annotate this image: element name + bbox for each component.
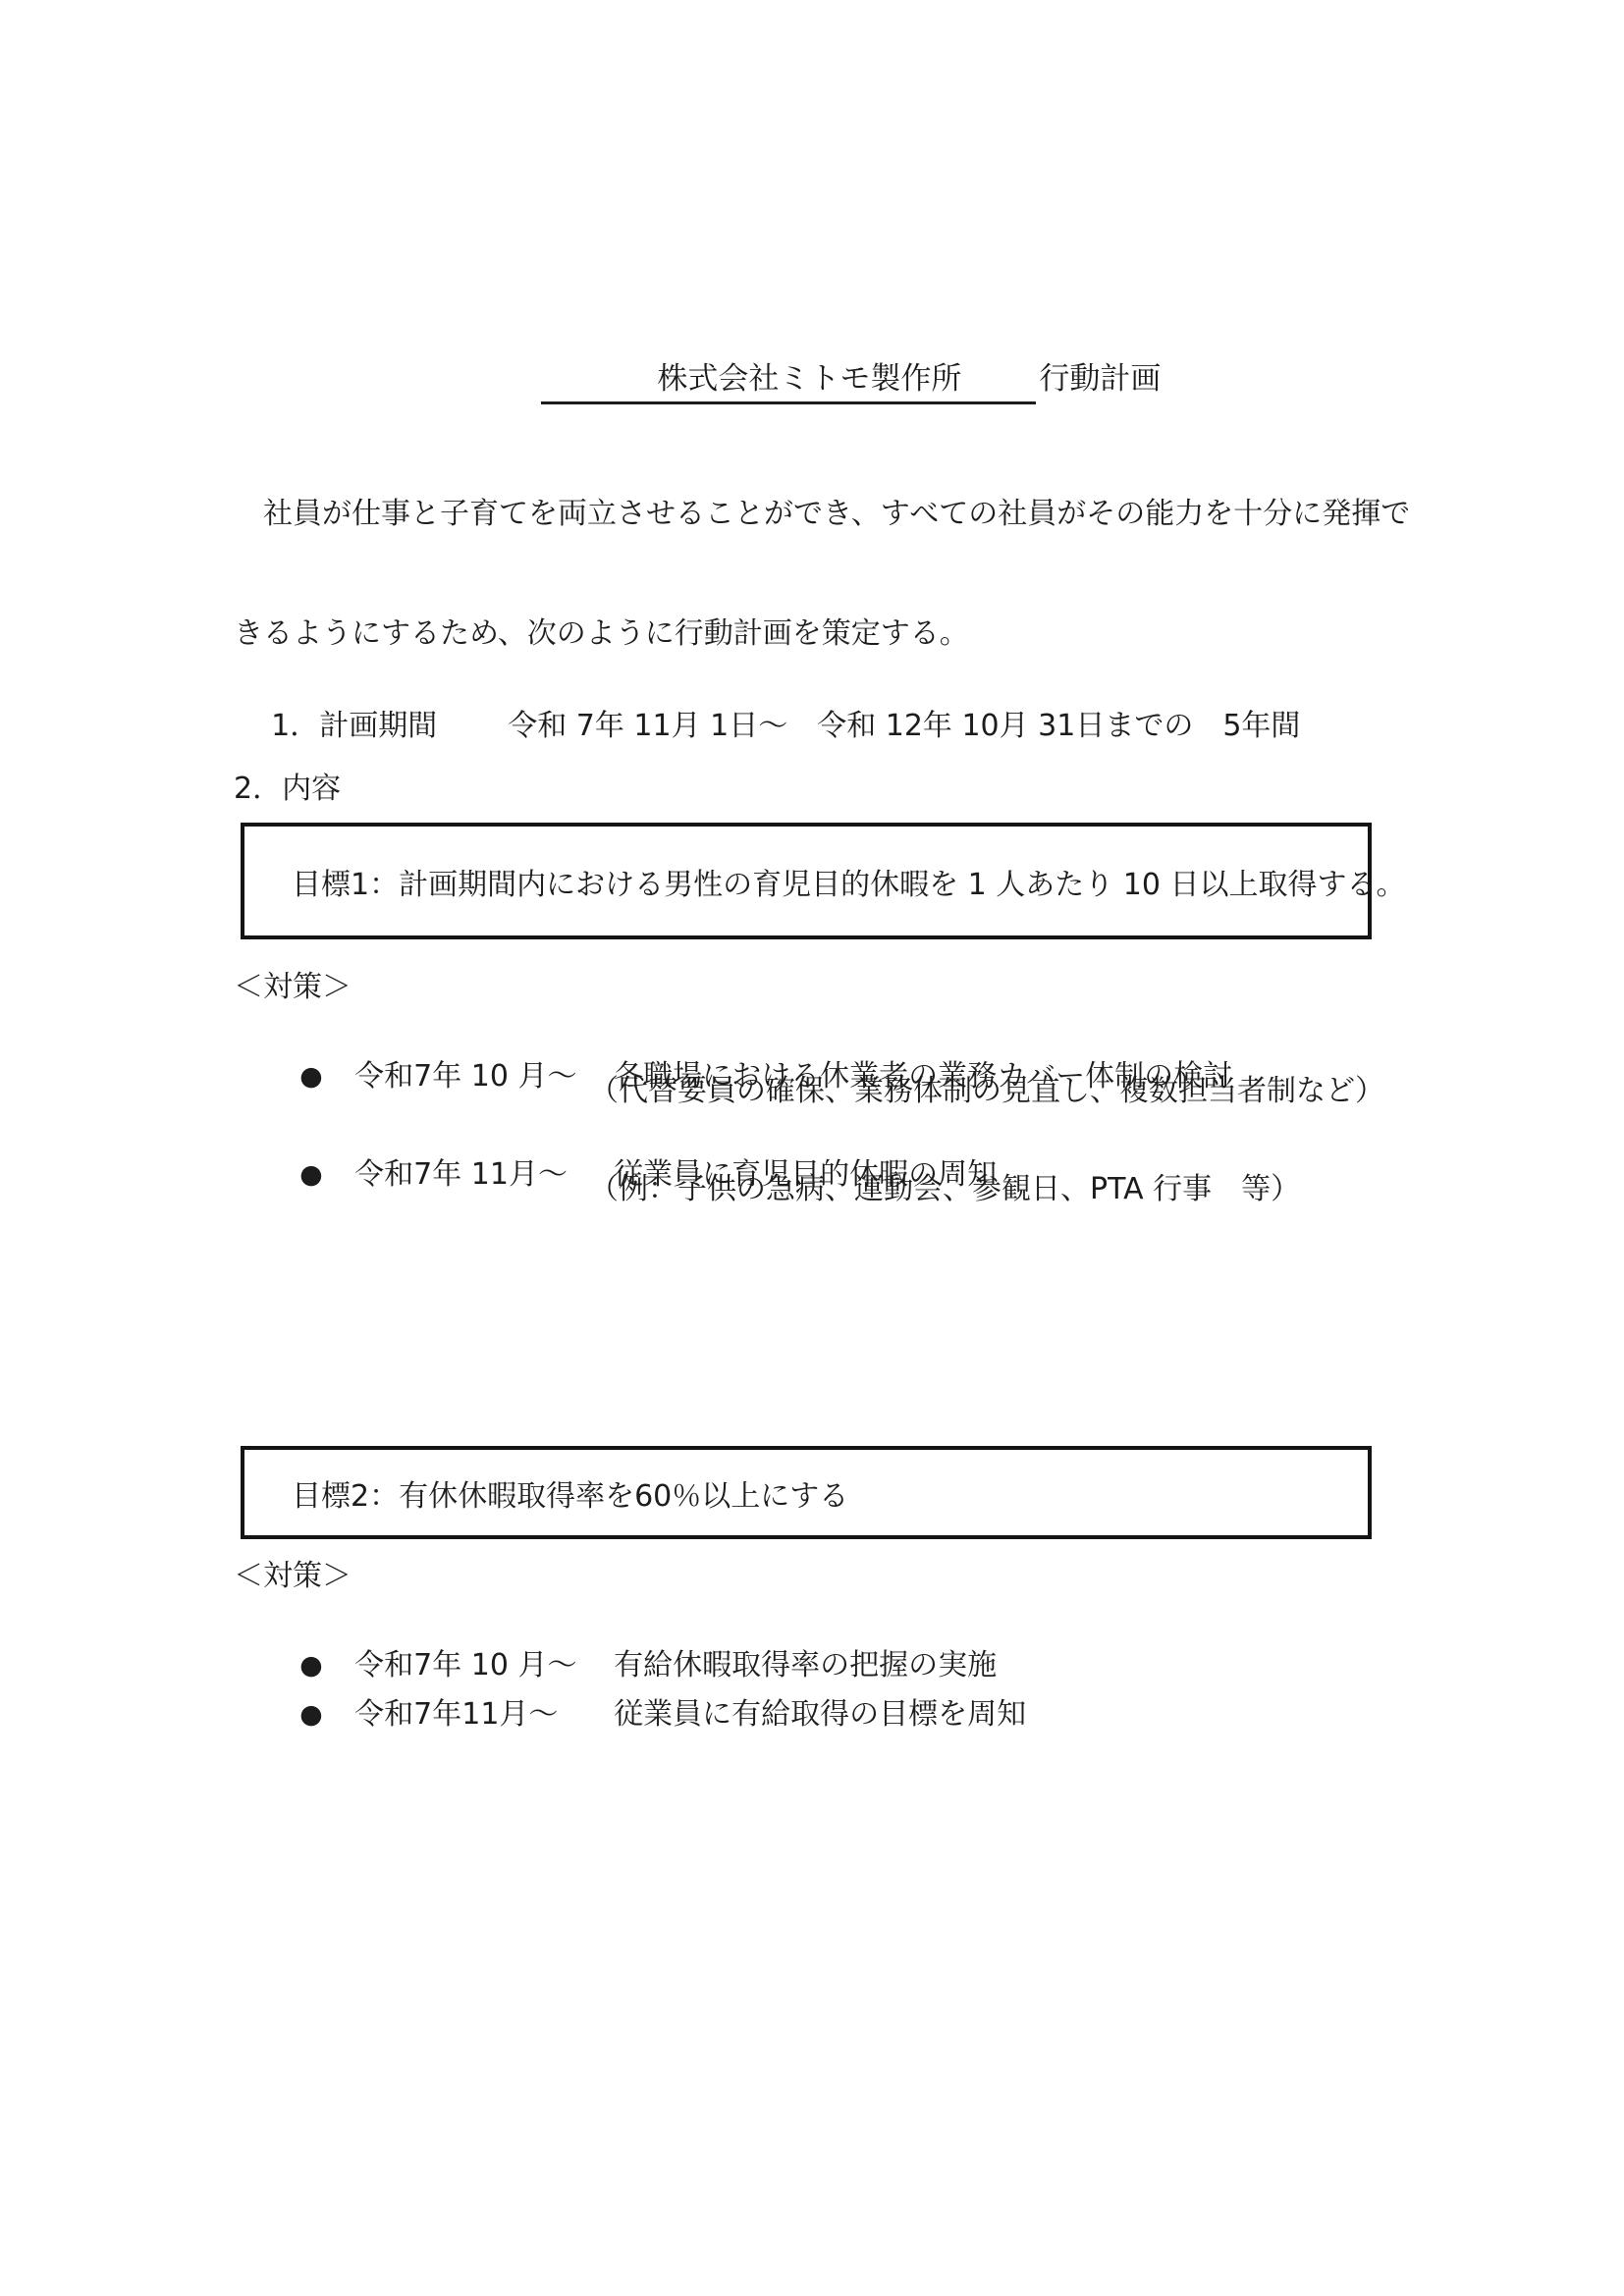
measure-text: 従業員に有給取得の目標を周知 [614, 1697, 1026, 1732]
measure-date: 令和7年 11月～ [354, 1149, 614, 1193]
goal-1-measure-1-note: （代替要員の確保、業務体制の見直し、複数担当者制など） [589, 1066, 1384, 1109]
measure-date: 令和7年11月～ [354, 1689, 614, 1733]
measure-date: 令和7年 10 月～ [354, 1051, 614, 1095]
goal-2-text: 目標2：有休休暇取得率を60％以上にする [292, 1471, 848, 1515]
document-type-label: 行動計画 [1036, 361, 1161, 398]
goal-2-measure-2: ●令和7年11月～従業員に有給取得の目標を周知 [262, 1655, 1026, 1767]
plan-period-value: 令和 7年 11月 1日～ 令和 12年 10月 31日までの 5年間 [508, 709, 1300, 743]
goal-1-text: 目標1：計画期間内における男性の育児目的休暇を 1 人あたり 10 日以上取得す… [292, 860, 1406, 903]
document-page: 株式会社ミトモ製作所行動計画 社員が仕事と子育てを両立させることができ、すべての… [0, 0, 1624, 2296]
goal-2-box: 目標2：有休休暇取得率を60％以上にする [241, 1446, 1372, 1539]
goal-1-box: 目標1：計画期間内における男性の育児目的休暇を 1 人あたり 10 日以上取得す… [241, 823, 1372, 939]
goal-2-measures-heading: ＜対策＞ [234, 1559, 352, 1594]
content-heading: 2．内容 [234, 772, 341, 807]
goal-1-measures-heading: ＜対策＞ [234, 970, 352, 1005]
bullet-icon: ● [299, 1159, 354, 1190]
bullet-icon: ● [299, 1699, 354, 1730]
goal-1-measure-2-note: （例：子供の急病、運動会、参観日、PTA 行事 等） [589, 1164, 1300, 1207]
intro-line-2: きるようにするため、次のように行動計画を策定する。 [234, 613, 1410, 662]
intro-line-1: 社員が仕事と子育てを両立させることができ、すべての社員がその能力を十分に発揮で [234, 493, 1410, 542]
plan-period-line: 1．計画期間令和 7年 11月 1日～ 令和 12年 10月 31日までの 5年… [234, 673, 1300, 779]
bullet-icon: ● [299, 1061, 354, 1092]
company-name: 株式会社ミトモ製作所 [541, 361, 1036, 404]
plan-period-label: 1．計画期間 [271, 709, 437, 743]
